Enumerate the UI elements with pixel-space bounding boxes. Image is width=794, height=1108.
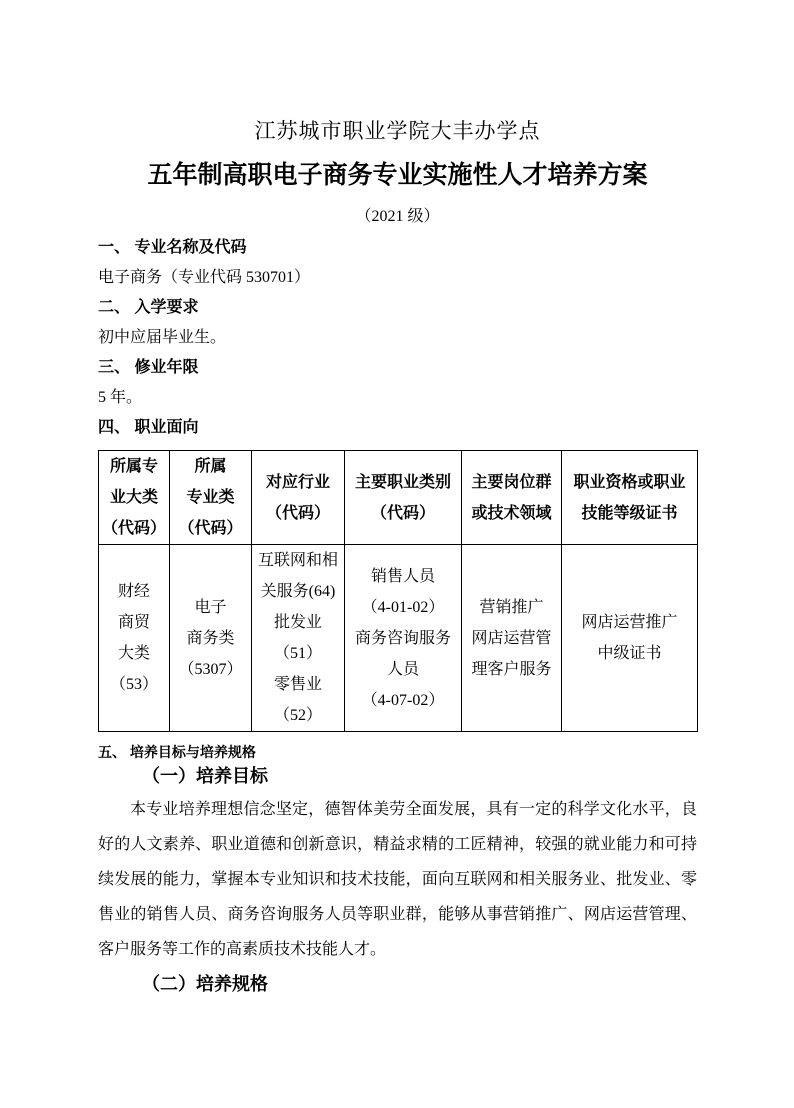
cell-occupation-category: 销售人员 （4-01-02） 商务咨询服务 人员 （4-07-02）	[345, 545, 462, 732]
training-objective-paragraph: 本专业培养理想信念坚定，德智体美劳全面发展，具有一定的科学文化水平，良好的人文素…	[98, 792, 697, 967]
header-cell-post-group: 主要岗位群 或技术领域	[462, 451, 562, 545]
cell-certificate: 网店运营推广 中级证书	[562, 545, 698, 732]
subsection-1-heading: （一）培养目标	[142, 764, 697, 789]
cell-post-group: 营销推广 网店运营管 理客户服务	[462, 545, 562, 732]
section-2-body: 初中应届毕业生。	[98, 323, 697, 353]
document-title: 五年制高职电子商务专业实施性人才培养方案	[98, 160, 697, 190]
institution-title: 江苏城市职业学院大丰办学点	[98, 118, 697, 145]
header-cell-major-category: 所属专 业大类 （代码）	[99, 451, 170, 545]
section-5-heading: 五、 培养目标与培养规格	[98, 744, 697, 761]
career-table-header-row: 所属专 业大类 （代码） 所属 专业类 （代码） 对应行业 （代码） 主要职业类…	[99, 451, 698, 545]
document-page: 江苏城市职业学院大丰办学点 五年制高职电子商务专业实施性人才培养方案 （2021…	[0, 0, 794, 1108]
section-4-heading: 四、 职业面向	[98, 413, 697, 443]
section-1-body: 电子商务（专业代码 530701）	[98, 263, 697, 293]
header-cell-major-class: 所属 专业类 （代码）	[170, 451, 252, 545]
subsection-2-heading: （二）培养规格	[142, 972, 697, 997]
cell-major-class: 电子 商务类 （5307）	[170, 545, 252, 732]
header-cell-occupation-category: 主要职业类别 （代码）	[345, 451, 462, 545]
header-cell-certificate: 职业资格或职业 技能等级证书	[562, 451, 698, 545]
career-orientation-table: 所属专 业大类 （代码） 所属 专业类 （代码） 对应行业 （代码） 主要职业类…	[98, 450, 698, 732]
header-cell-industry: 对应行业 （代码）	[252, 451, 345, 545]
section-2-heading: 二、 入学要求	[98, 293, 697, 323]
cell-major-category: 财经 商贸 大类 （53）	[99, 545, 170, 732]
cell-industry: 互联网和相 关服务(64) 批发业 （51） 零售业 （52）	[252, 545, 345, 732]
section-1-heading: 一、 专业名称及代码	[98, 233, 697, 263]
section-3-heading: 三、 修业年限	[98, 353, 697, 383]
career-table-data-row: 财经 商贸 大类 （53） 电子 商务类 （5307） 互联网和相 关服务(64…	[99, 545, 698, 732]
section-3-body: 5 年。	[98, 383, 697, 413]
cohort-label: （2021 级）	[98, 206, 697, 228]
